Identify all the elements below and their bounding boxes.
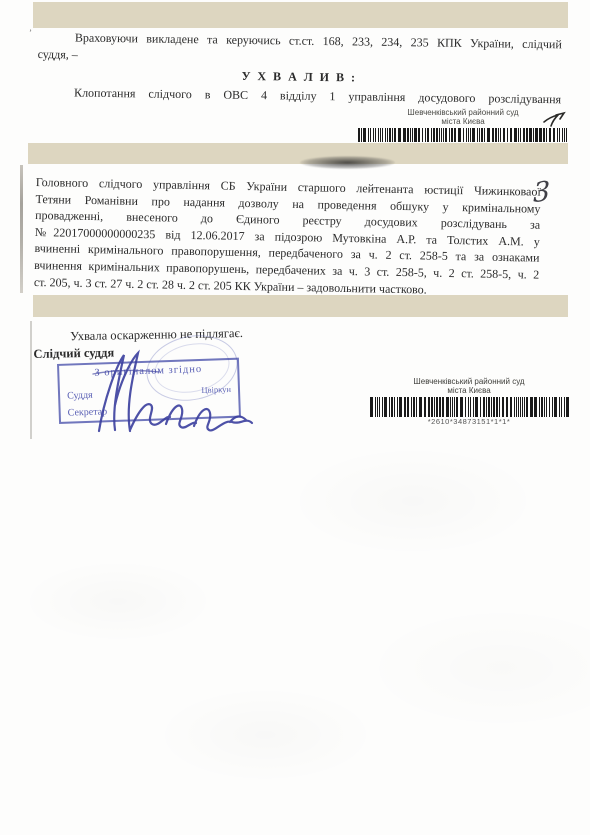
scan-smudge — [300, 156, 395, 169]
scan-artifact-mark: ’ — [29, 28, 32, 38]
barcode-image — [358, 128, 568, 142]
handwritten-signatures — [53, 344, 271, 442]
court-name-line2: міста Києва — [358, 117, 568, 126]
barcode-image — [370, 397, 568, 417]
pen-mark — [541, 110, 567, 128]
court-name-line2: міста Києва — [370, 386, 568, 395]
handwritten-page-number: 3 — [533, 176, 550, 209]
barcode-code: *2610*34873151*1*1* — [370, 418, 568, 426]
court-barcode-bottom: Шевченківський районний суд міста Києва … — [370, 377, 568, 426]
court-name-line1: Шевченківський районний суд — [358, 108, 568, 117]
scanned-court-ruling-page: { "top_section": { "line1": "Враховуючи … — [0, 0, 590, 835]
middle-text-block: Головного слідчого управління СБ України… — [34, 174, 541, 300]
paper-crease-line — [20, 165, 23, 293]
court-name-line1: Шевченківський районний суд — [370, 377, 568, 386]
scan-separator-band-top — [33, 2, 568, 28]
scan-separator-band-bottom — [33, 295, 568, 317]
paper-edge-line — [30, 321, 32, 439]
top-text-block: Враховуючи викладене та керуючись ст.ст.… — [37, 29, 562, 108]
scan-separator-band-middle — [28, 143, 568, 164]
